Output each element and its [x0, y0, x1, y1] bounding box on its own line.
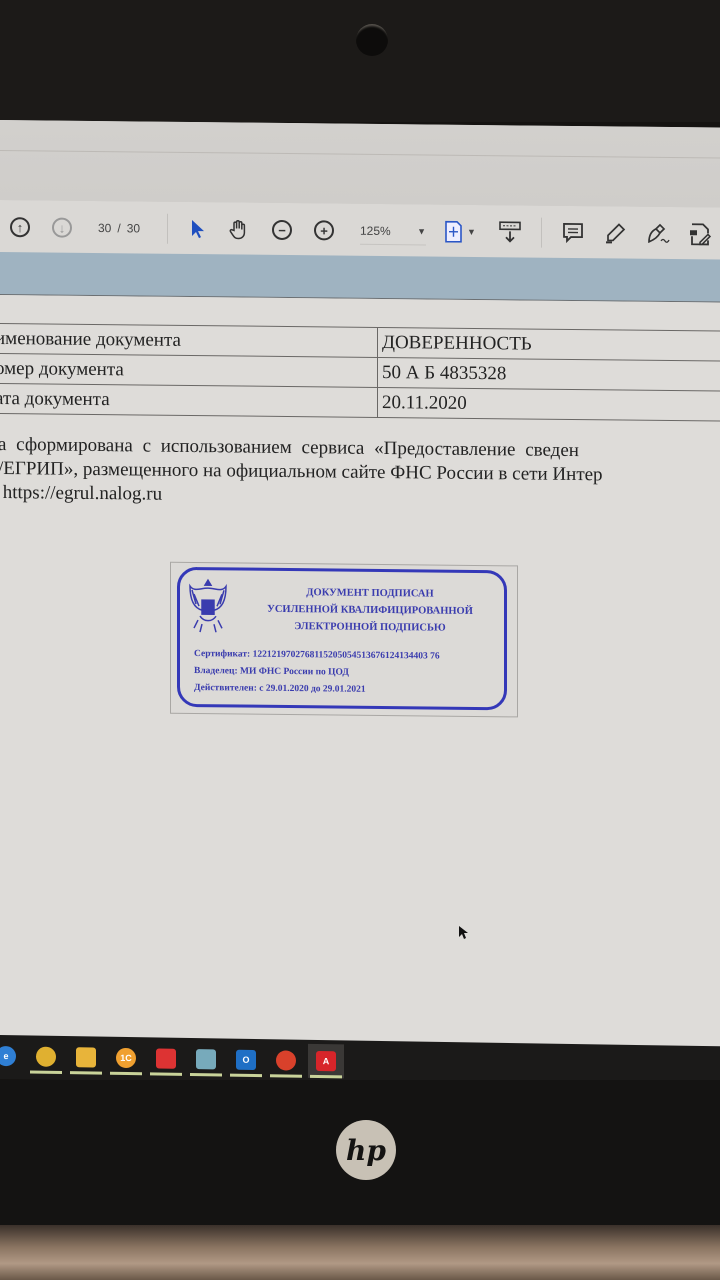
fit-page-button[interactable]: ▼ [444, 219, 476, 245]
running-indicator [30, 1070, 62, 1074]
running-indicator [310, 1075, 342, 1079]
hand-icon [228, 218, 250, 240]
webcam [356, 24, 388, 56]
mouse-cursor-icon [458, 925, 470, 941]
sign-button[interactable] [646, 221, 670, 247]
select-tool-button[interactable] [190, 216, 206, 242]
outlook-app-icon: O [236, 1050, 256, 1070]
page-separator: / [117, 221, 120, 235]
source-note-paragraph: а сформирована с использованием сервиса … [0, 433, 720, 513]
stamp-details: Сертификат: 1221219702768115205054513676… [194, 646, 440, 700]
document-page: именование документа ДОВЕРЕННОСТЬ омер д… [0, 295, 720, 1058]
zoom-select[interactable]: 125% ▼ [360, 218, 426, 246]
doc-name-label: именование документа [0, 323, 378, 357]
hp-logo: hp [336, 1120, 396, 1180]
doc-name-value: ДОВЕРЕННОСТЬ [378, 327, 720, 361]
russian-coat-of-arms-icon [186, 576, 230, 640]
toolbar-divider [167, 214, 168, 244]
arrow-up-circle-icon: ↑ [10, 217, 30, 237]
fit-chevron-icon: ▼ [467, 227, 476, 237]
prev-page-button[interactable]: ↑ [10, 214, 30, 240]
laptop-hinge [0, 1225, 720, 1280]
doc-date-label: ата документа [0, 383, 378, 417]
scroll-mode-button[interactable] [498, 219, 522, 245]
page-fit-icon [444, 221, 464, 243]
stamp-heading: ДОКУМЕНТ ПОДПИСАН УСИЛЕННОЙ КВАЛИФИЦИРОВ… [240, 584, 500, 638]
screen: ↑ ↓ 30 / 30 − + 125% ▼ ▼ [0, 120, 720, 1058]
running-indicator [70, 1071, 102, 1075]
total-pages: 30 [127, 221, 140, 235]
signature-stamp-frame: ДОКУМЕНТ ПОДПИСАН УСИЛЕННОЙ КВАЛИФИЦИРОВ… [170, 562, 518, 718]
arrow-down-circle-icon: ↓ [52, 218, 72, 238]
next-page-button[interactable]: ↓ [52, 215, 72, 241]
current-page-input[interactable]: 30 [98, 221, 111, 235]
zoom-value: 125% [360, 224, 391, 238]
doc-number-label: омер документа [0, 353, 378, 387]
highlight-button[interactable] [604, 220, 626, 246]
stamp-heading-line: УСИЛЕННОЙ КВАЛИФИЦИРОВАННОЙ [240, 601, 500, 621]
comment-button[interactable] [562, 220, 584, 246]
document-app-button[interactable] [188, 1042, 224, 1077]
document-app-icon [196, 1049, 216, 1069]
cursor-arrow-icon [190, 219, 206, 239]
document-info-table: именование документа ДОВЕРЕННОСТЬ омер д… [0, 323, 720, 422]
share-document-button[interactable] [688, 221, 712, 247]
file-explorer-app-icon [76, 1047, 96, 1067]
1c-app-button[interactable]: 1С [108, 1041, 144, 1076]
1c-app-icon: 1С [116, 1048, 136, 1068]
stamp-heading-line: ЭЛЕКТРОННОЙ ПОДПИСЬЮ [240, 618, 500, 638]
pdf-toolbar: ↑ ↓ 30 / 30 − + 125% ▼ ▼ [0, 200, 720, 260]
running-indicator [150, 1072, 182, 1076]
zoom-in-button[interactable]: + [314, 217, 334, 243]
crypto-app-button[interactable] [268, 1043, 304, 1078]
chevron-down-icon: ▼ [417, 226, 426, 236]
page-number: 30 / 30 [98, 215, 140, 241]
doc-date-value: 20.11.2020 [378, 387, 720, 421]
chrome-app-button[interactable] [28, 1039, 64, 1074]
hand-tool-button[interactable] [228, 216, 250, 242]
comment-icon [562, 222, 584, 244]
share-document-icon [688, 222, 712, 246]
minus-circle-icon: − [272, 220, 292, 240]
remote-desktop-app-button[interactable] [148, 1041, 184, 1076]
keyboard-scroll-icon [498, 220, 522, 244]
toolbar-divider [541, 218, 542, 248]
edge-app-button[interactable]: e [0, 1039, 24, 1074]
plus-circle-icon: + [314, 220, 334, 240]
electronic-signature-stamp: ДОКУМЕНТ ПОДПИСАН УСИЛЕННОЙ КВАЛИФИЦИРОВ… [177, 567, 507, 710]
window-title-area [0, 120, 720, 209]
highlighter-icon [604, 222, 626, 244]
chrome-app-icon [36, 1047, 56, 1067]
laptop-bezel-top [0, 0, 720, 122]
pen-sign-icon [646, 223, 670, 245]
running-indicator [230, 1074, 262, 1078]
outlook-app-button[interactable]: O [228, 1043, 264, 1078]
edge-app-icon: e [0, 1046, 16, 1066]
running-indicator [270, 1074, 302, 1078]
zoom-out-button[interactable]: − [272, 217, 292, 243]
table-row: ата документа 20.11.2020 [0, 383, 720, 421]
doc-number-value: 50 А Б 4835328 [378, 357, 720, 391]
crypto-app-icon [276, 1050, 296, 1070]
acrobat-app-button[interactable]: A [308, 1044, 344, 1079]
acrobat-app-icon: A [316, 1051, 336, 1071]
running-indicator [110, 1072, 142, 1076]
running-indicator [190, 1073, 222, 1077]
stamp-validity: Действителен: с 29.01.2020 до 29.01.2021 [194, 680, 440, 700]
remote-desktop-app-icon [156, 1048, 176, 1068]
file-explorer-app-button[interactable] [68, 1040, 104, 1075]
document-header-band [0, 252, 720, 303]
